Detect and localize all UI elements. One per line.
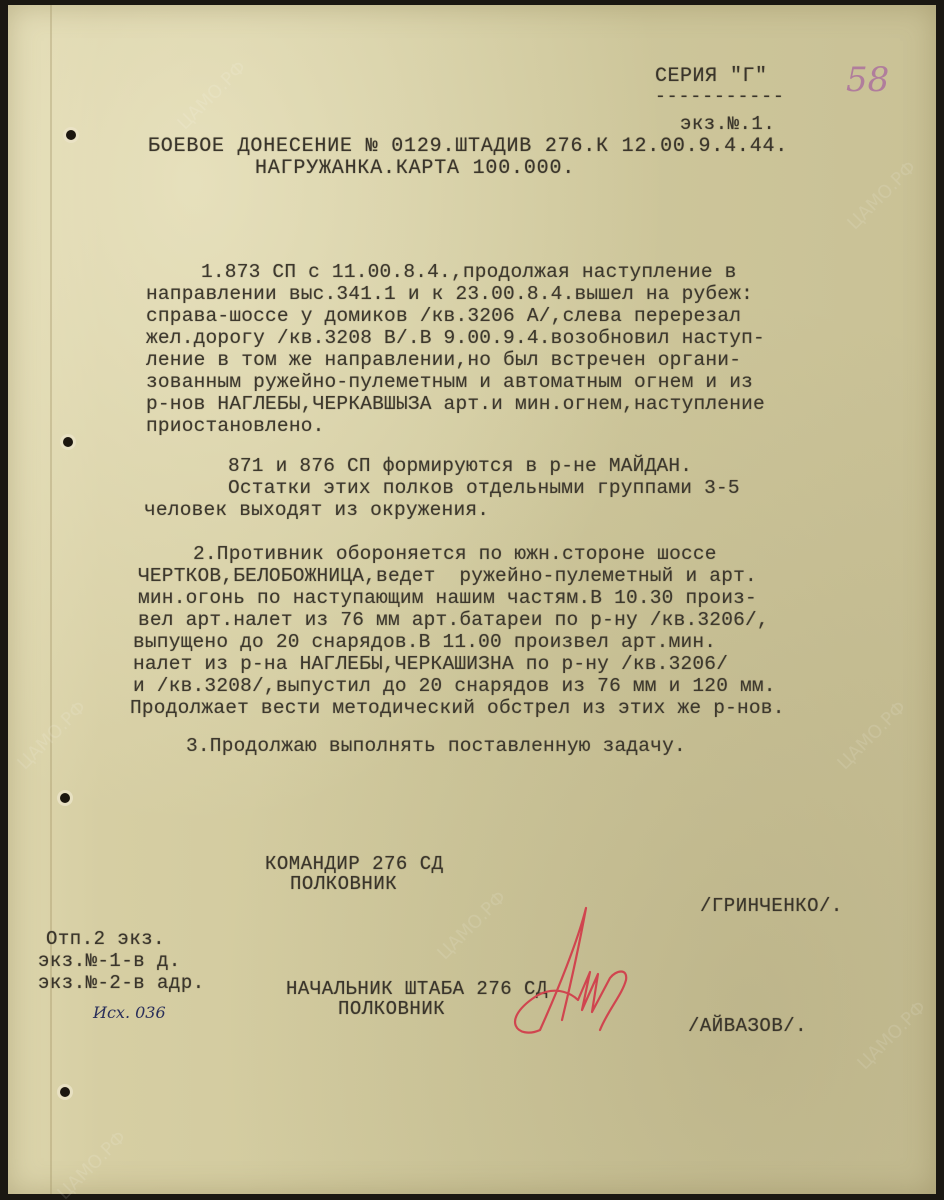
section1-line: направлении выс.341.1 и к 23.00.8.4.выше… <box>146 283 753 305</box>
watermark: ЦАМО.РФ <box>853 997 930 1074</box>
commander-rank: ПОЛКОВНИК <box>290 873 397 895</box>
chief-of-staff-rank: ПОЛКОВНИК <box>338 998 445 1020</box>
document-page: ЦАМО.РФ ЦАМО.РФ ЦАМО.РФ ЦАМО.РФ ЦАМО.РФ … <box>8 5 936 1194</box>
section1b-line: человек выходят из окружения. <box>144 499 489 521</box>
section1-line: приостановлено. <box>146 415 325 437</box>
section2-line: вел арт.налет из 76 мм арт.батареи по р-… <box>138 609 769 631</box>
watermark: ЦАМО.РФ <box>173 57 250 134</box>
outgoing-number-handwritten: Исх. 036 <box>93 1003 166 1022</box>
punch-hole-icon <box>60 793 70 803</box>
section2-line: выпущено до 20 снарядов.В 11.00 произвел… <box>133 631 716 653</box>
distribution-line: экз.№-1-в д. <box>38 950 181 972</box>
handwritten-page-number: 58 <box>846 60 889 100</box>
copy-number: экз.№.1. <box>680 113 775 135</box>
section1-line: 1.873 СП с 11.00.8.4.,продолжая наступле… <box>201 261 737 283</box>
report-title-line2: НАГРУЖАНКА.КАРТА 100.000. <box>255 157 575 180</box>
series-label: СЕРИЯ "Г" <box>655 65 768 88</box>
distribution-line: Отп.2 экз. <box>46 928 165 950</box>
section1-line: зованным ружейно-пулеметным и автоматным… <box>146 371 753 393</box>
report-title-line1: БОЕВОЕ ДОНЕСЕНИЕ № 0129.ШТАДИВ 276.К 12.… <box>148 135 788 158</box>
punch-hole-icon <box>63 437 73 447</box>
section3-line: 3.Продолжаю выполнять поставленную задач… <box>186 735 686 757</box>
watermark: ЦАМО.РФ <box>843 157 920 234</box>
page-fold-line <box>50 5 52 1194</box>
section1-line: справа-шоссе у домиков /кв.3206 А/,слева… <box>146 305 741 327</box>
punch-hole-icon <box>66 130 76 140</box>
section2-line: ЧЕРТКОВ,БЕЛОБОЖНИЦА,ведет ружейно-пулеме… <box>138 565 757 587</box>
red-signature-icon <box>478 900 678 1050</box>
section2-line: мин.огонь по наступающим нашим частям.В … <box>138 587 757 609</box>
watermark: ЦАМО.РФ <box>13 697 90 774</box>
chief-of-staff-name: /АЙВАЗОВ/. <box>688 1015 807 1037</box>
watermark: ЦАМО.РФ <box>833 697 910 774</box>
section2-line: Продолжает вести методический обстрел из… <box>130 697 785 719</box>
commander-title: КОМАНДИР 276 СД <box>265 853 444 875</box>
section1-line: ление в том же направлении,но был встреч… <box>146 349 741 371</box>
section1-line: жел.дорогу /кв.3208 В/.В 9.00.9.4.возобн… <box>146 327 765 349</box>
series-underline: ----------- <box>655 87 785 107</box>
distribution-line: экз.№-2-в адр. <box>38 972 205 994</box>
commander-name: /ГРИНЧЕНКО/. <box>700 895 843 917</box>
section2-line: налет из р-на НАГЛЕБЫ,ЧЕРКАШИЗНА по р-ну… <box>133 653 728 675</box>
watermark: ЦАМО.РФ <box>53 1127 130 1200</box>
section1-line: р-нов НАГЛЕБЫ,ЧЕРКАВШЫЗА арт.и мин.огнем… <box>146 393 765 415</box>
punch-hole-icon <box>60 1087 70 1097</box>
section2-line: и /кв.3208/,выпустил до 20 снарядов из 7… <box>133 675 776 697</box>
section1b-line: Остатки этих полков отдельными группами … <box>228 477 740 499</box>
section1b-line: 871 и 876 СП формируются в р-не МАЙДАН. <box>228 455 692 477</box>
section2-line: 2.Противник обороняется по южн.стороне ш… <box>193 543 717 565</box>
